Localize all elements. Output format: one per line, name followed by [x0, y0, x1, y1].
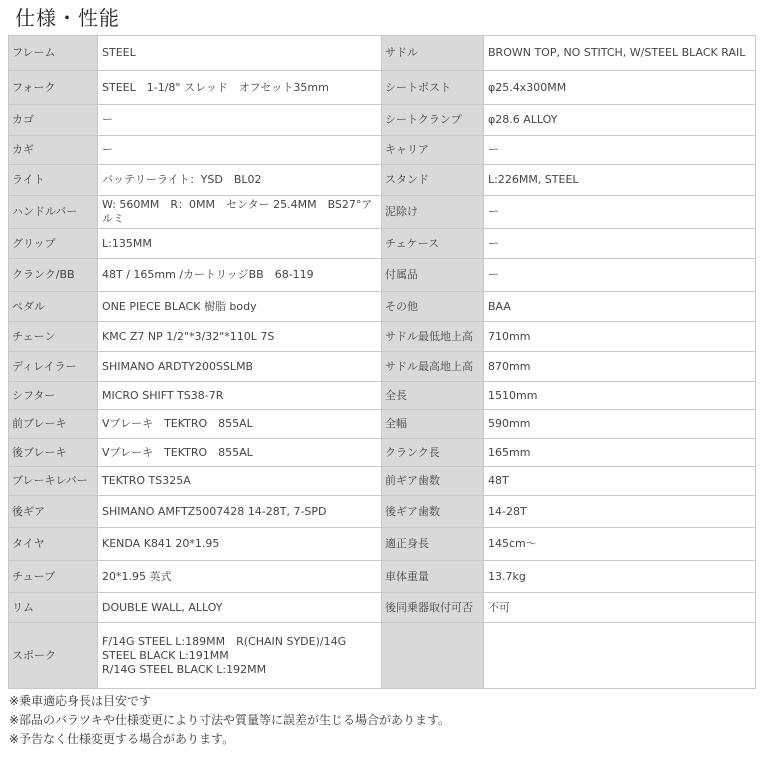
spec-value: 1510mm	[484, 382, 756, 410]
spec-value: ー	[98, 105, 382, 136]
spoke-spec-line: F/14G STEEL L:189MM R(CHAIN SYDE)/14G	[102, 635, 377, 649]
spec-label: ブレーキレバー	[9, 467, 98, 496]
spec-row: シフターMICRO SHIFT TS38-7R全長1510mm	[9, 382, 756, 410]
spec-value	[484, 623, 756, 689]
spec-label: シートクランプ	[382, 105, 484, 136]
spec-label: フォーク	[9, 71, 98, 105]
spec-label: グリップ	[9, 229, 98, 259]
spec-row: グリップL:135MMチェケースー	[9, 229, 756, 259]
spec-label: 泥除け	[382, 196, 484, 229]
footnotes: ※乗車適応身長は目安です ※部品のバラツキや仕様変更により寸法や質量等に誤差が生…	[9, 692, 450, 749]
spec-row: スポークF/14G STEEL L:189MM R(CHAIN SYDE)/14…	[9, 623, 756, 689]
spec-row: ディレイラーSHIMANO ARDTY200SSLMBサドル最高地上高870mm	[9, 352, 756, 382]
spec-label: 車体重量	[382, 561, 484, 593]
spec-value: Vブレーキ TEKTRO 855AL	[98, 439, 382, 467]
spec-label: クランク/BB	[9, 259, 98, 292]
spec-value: 48T	[484, 467, 756, 496]
spec-value: 590mm	[484, 410, 756, 439]
spec-label: 後ギア歯数	[382, 496, 484, 528]
footnote-variance: ※部品のバラツキや仕様変更により寸法や質量等に誤差が生じる場合があります。	[9, 711, 450, 730]
spec-label: カゴ	[9, 105, 98, 136]
spec-row: ペダルONE PIECE BLACK 樹脂 bodyその他BAA	[9, 292, 756, 322]
spec-value: 14-28T	[484, 496, 756, 528]
spec-value: STEEL	[98, 36, 382, 71]
spec-label: リム	[9, 593, 98, 623]
spec-label: シフター	[9, 382, 98, 410]
spec-value: 710mm	[484, 322, 756, 352]
spec-label: 付属品	[382, 259, 484, 292]
spec-value: 13.7kg	[484, 561, 756, 593]
spec-row: ハンドルバーW: 560MM R：0MM センター 25.4MM BS27°アル…	[9, 196, 756, 229]
spec-label: ライト	[9, 165, 98, 196]
spec-value: 165mm	[484, 439, 756, 467]
spec-label: フレーム	[9, 36, 98, 71]
spec-label: スポーク	[9, 623, 98, 689]
spec-value: STEEL 1-1/8" スレッド オフセット35mm	[98, 71, 382, 105]
spec-value: ー	[484, 196, 756, 229]
spec-row: ブレーキレバーTEKTRO TS325A前ギア歯数48T	[9, 467, 756, 496]
spec-value: BAA	[484, 292, 756, 322]
spec-value: L:135MM	[98, 229, 382, 259]
spec-label: 後ブレーキ	[9, 439, 98, 467]
spec-label	[382, 623, 484, 689]
spec-label: ペダル	[9, 292, 98, 322]
spoke-spec-line: R/14G STEEL BLACK L:192MM	[102, 663, 377, 677]
spec-label: チューブ	[9, 561, 98, 593]
spec-row: カギーキャリアー	[9, 136, 756, 165]
spec-row: カゴーシートクランプφ28.6 ALLOY	[9, 105, 756, 136]
spoke-spec-line: STEEL BLACK L:191MM	[102, 649, 377, 663]
spec-row: ライトバッテリーライト：YSD BL02スタンドL:226MM, STEEL	[9, 165, 756, 196]
spec-label: サドル最低地上高	[382, 322, 484, 352]
spec-label: ハンドルバー	[9, 196, 98, 229]
spec-row: タイヤKENDA K841 20*1.95適正身長145cm〜	[9, 528, 756, 561]
spec-row: チューブ20*1.95 英式車体重量13.7kg	[9, 561, 756, 593]
spec-value: ー	[484, 229, 756, 259]
spec-value: KMC Z7 NP 1/2"*3/32"*110L 7S	[98, 322, 382, 352]
spec-label: スタンド	[382, 165, 484, 196]
spec-value: L:226MM, STEEL	[484, 165, 756, 196]
spec-value: ー	[484, 259, 756, 292]
spec-value: BROWN TOP, NO STITCH, W/STEEL BLACK RAIL	[484, 36, 756, 71]
spec-label: 適正身長	[382, 528, 484, 561]
spec-label: 全幅	[382, 410, 484, 439]
spec-value: SHIMANO AMFTZ5007428 14-28T, 7-SPD	[98, 496, 382, 528]
spec-label: カギ	[9, 136, 98, 165]
spec-label: 後同乗器取付可否	[382, 593, 484, 623]
spec-value: MICRO SHIFT TS38-7R	[98, 382, 382, 410]
spec-value: F/14G STEEL L:189MM R(CHAIN SYDE)/14GSTE…	[98, 623, 382, 689]
footnote-spec-change: ※予告なく仕様変更する場合があります。	[9, 730, 450, 749]
spec-label: 後ギア	[9, 496, 98, 528]
spec-row: フレームSTEELサドルBROWN TOP, NO STITCH, W/STEE…	[9, 36, 756, 71]
spec-label: 前ブレーキ	[9, 410, 98, 439]
spec-value: DOUBLE WALL, ALLOY	[98, 593, 382, 623]
spec-value: SHIMANO ARDTY200SSLMB	[98, 352, 382, 382]
spec-row: チェーンKMC Z7 NP 1/2"*3/32"*110L 7Sサドル最低地上高…	[9, 322, 756, 352]
spec-label: サドル最高地上高	[382, 352, 484, 382]
spec-value: ー	[484, 136, 756, 165]
page-title: 仕様・性能	[15, 4, 120, 32]
spec-row: 後ギアSHIMANO AMFTZ5007428 14-28T, 7-SPD後ギア…	[9, 496, 756, 528]
spec-label: 全長	[382, 382, 484, 410]
spec-label: その他	[382, 292, 484, 322]
spec-value: ー	[98, 136, 382, 165]
spec-table-body: フレームSTEELサドルBROWN TOP, NO STITCH, W/STEE…	[9, 36, 756, 689]
spec-label: タイヤ	[9, 528, 98, 561]
spec-label: クランク長	[382, 439, 484, 467]
spec-value: ONE PIECE BLACK 樹脂 body	[98, 292, 382, 322]
spec-label: ディレイラー	[9, 352, 98, 382]
spec-value: 870mm	[484, 352, 756, 382]
spec-table: フレームSTEELサドルBROWN TOP, NO STITCH, W/STEE…	[8, 35, 756, 689]
spec-value: 20*1.95 英式	[98, 561, 382, 593]
spec-value: 145cm〜	[484, 528, 756, 561]
footnote-height-guide: ※乗車適応身長は目安です	[9, 692, 450, 711]
spec-value: KENDA K841 20*1.95	[98, 528, 382, 561]
spec-label: キャリア	[382, 136, 484, 165]
spec-label: シートポスト	[382, 71, 484, 105]
spec-row: クランク/BB48T / 165mm /カートリッジBB 68-119付属品ー	[9, 259, 756, 292]
spec-value: W: 560MM R：0MM センター 25.4MM BS27°アルミ	[98, 196, 382, 229]
spec-row: フォークSTEEL 1-1/8" スレッド オフセット35mmシートポストφ25…	[9, 71, 756, 105]
spec-label: チェケース	[382, 229, 484, 259]
spec-row: 後ブレーキVブレーキ TEKTRO 855ALクランク長165mm	[9, 439, 756, 467]
spec-label: チェーン	[9, 322, 98, 352]
spec-value: TEKTRO TS325A	[98, 467, 382, 496]
spec-value: φ25.4x300MM	[484, 71, 756, 105]
spec-value: 不可	[484, 593, 756, 623]
spec-value: 48T / 165mm /カートリッジBB 68-119	[98, 259, 382, 292]
spec-row: リムDOUBLE WALL, ALLOY後同乗器取付可否不可	[9, 593, 756, 623]
spec-value: φ28.6 ALLOY	[484, 105, 756, 136]
spec-value: バッテリーライト：YSD BL02	[98, 165, 382, 196]
spec-row: 前ブレーキVブレーキ TEKTRO 855AL全幅590mm	[9, 410, 756, 439]
spec-label: 前ギア歯数	[382, 467, 484, 496]
spec-value: Vブレーキ TEKTRO 855AL	[98, 410, 382, 439]
spec-label: サドル	[382, 36, 484, 71]
